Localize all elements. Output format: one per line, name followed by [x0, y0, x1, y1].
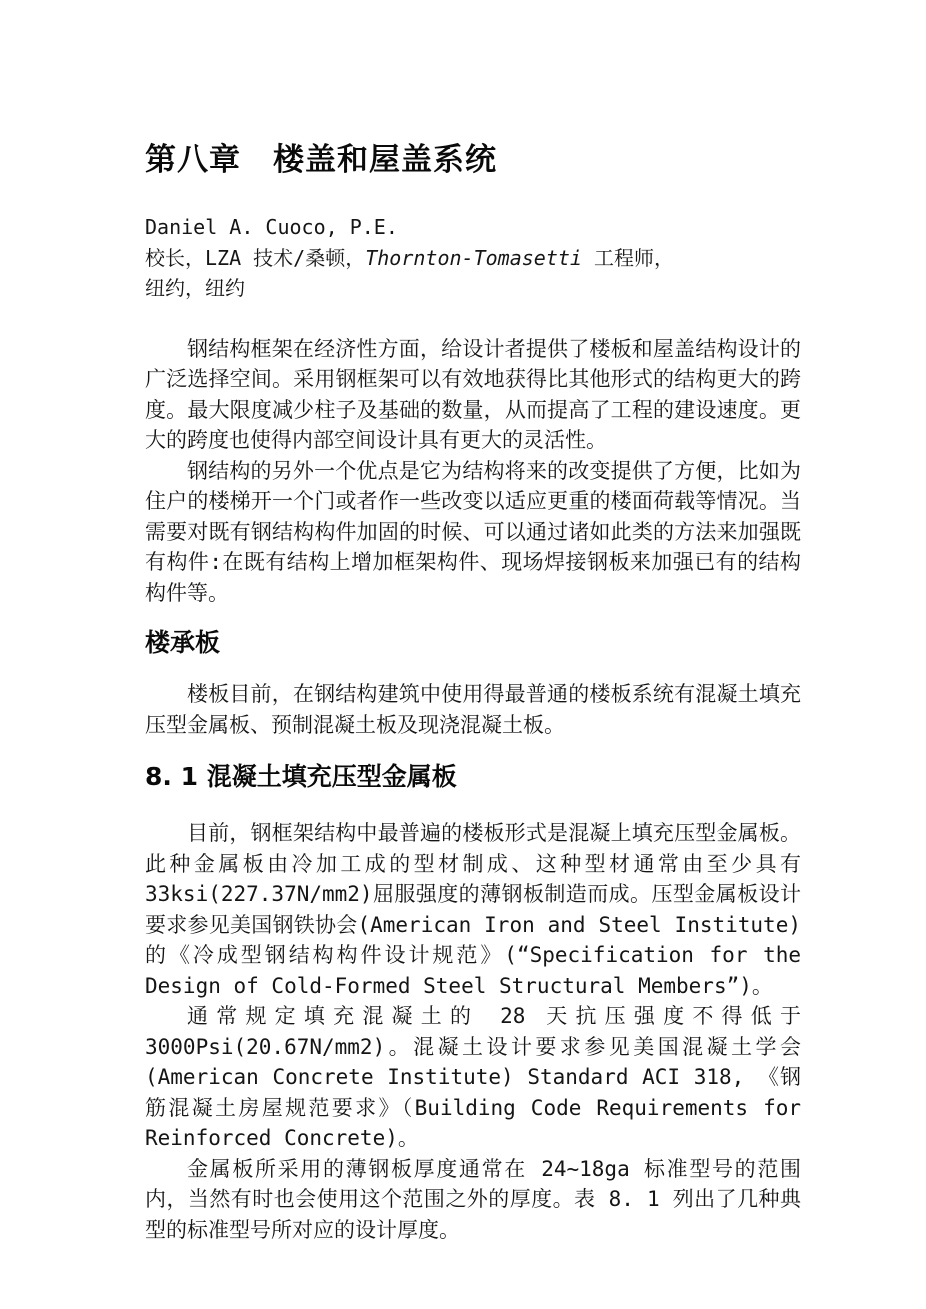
author-name: Daniel A. Cuoco, P.E.: [145, 212, 801, 243]
chapter-title: 第八章 楼盖和屋盖系统: [145, 141, 801, 179]
author-affiliation-prefix: 校长，LZA 技术/桑顿，: [145, 246, 365, 270]
section-heading-8-1: 8. 1 混凝土填充压型金属板: [145, 761, 801, 793]
section-8-1-paragraph-3: 金属板所采用的薄钢板厚度通常在 24~18ga 标准型号的范围内，当然有时也会使…: [145, 1154, 801, 1246]
author-affiliation-suffix: 工程师，: [582, 246, 674, 270]
page-content: 第八章 楼盖和屋盖系统 Daniel A. Cuoco, P.E. 校长，LZA…: [145, 0, 801, 1245]
author-block: Daniel A. Cuoco, P.E. 校长，LZA 技术/桑顿，Thorn…: [145, 212, 801, 304]
section-heading-floor-deck: 楼承板: [145, 627, 801, 659]
document-page: 第八章 楼盖和屋盖系统 Daniel A. Cuoco, P.E. 校长，LZA…: [0, 0, 926, 1309]
section-8-1-paragraph-2: 通常规定填充混凝土的 28 天抗压强度不得低于 3000Psi(20.67N/m…: [145, 1001, 801, 1154]
section-8-1-paragraph-1: 目前，钢框架结构中最普遍的楼板形式是混凝上填充压型金属板。此种金属板由冷加工成的…: [145, 818, 801, 1001]
author-location: 纽约，纽约: [145, 273, 801, 304]
author-affiliation: 校长，LZA 技术/桑顿，Thornton-Tomasetti 工程师，: [145, 243, 801, 274]
floor-deck-paragraph: 楼板目前，在钢结构建筑中使用得最普通的楼板系统有混凝土填充压型金属板、预制混凝土…: [145, 679, 801, 740]
author-company-name: Thornton-Tomasetti: [365, 246, 582, 270]
intro-paragraph-1: 钢结构框架在经济性方面，给设计者提供了楼板和屋盖结构设计的广泛选择空间。采用钢框…: [145, 334, 801, 456]
intro-paragraph-2: 钢结构的另外一个优点是它为结构将来的改变提供了方便，比如为住户的楼梯开一个门或者…: [145, 456, 801, 609]
